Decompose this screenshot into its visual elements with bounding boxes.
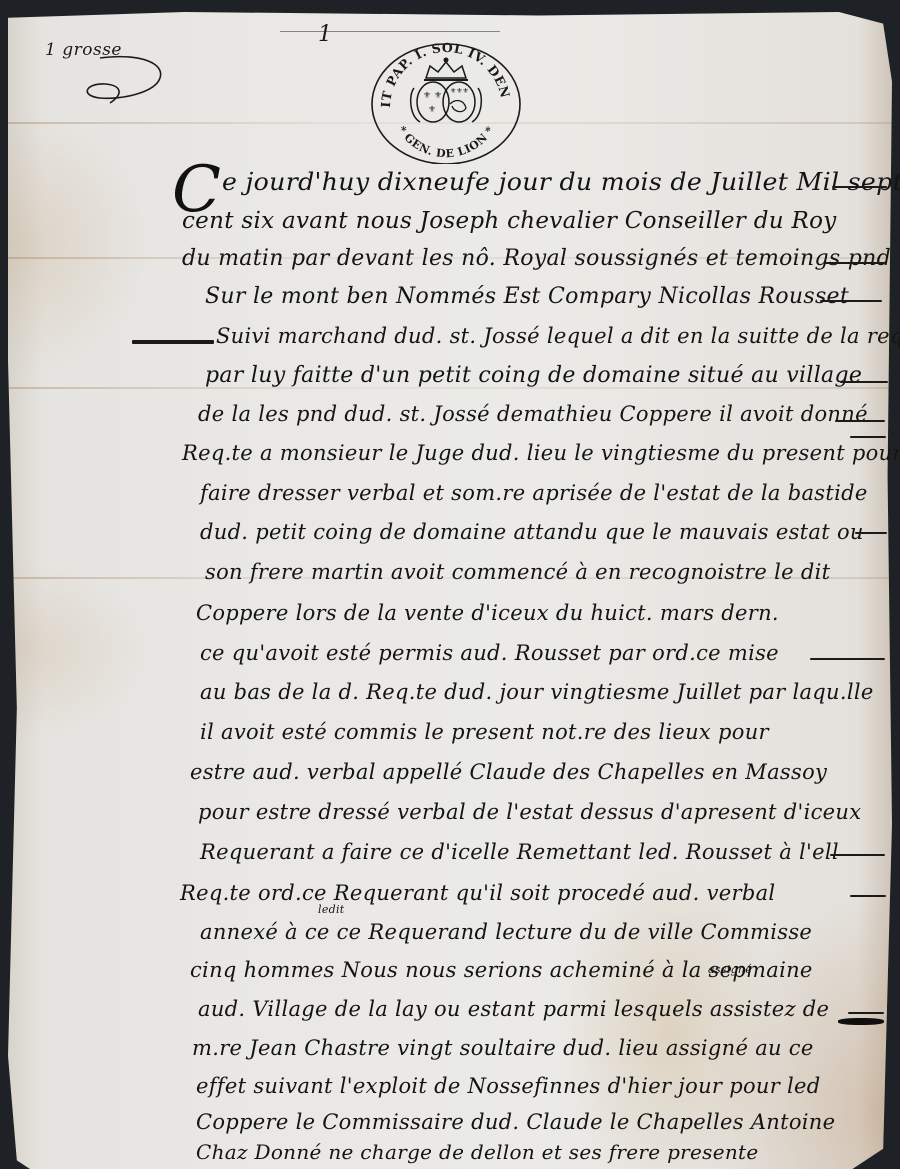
manuscript-line: Req.te ord.ce Requerant qu'il soit proce… [180, 881, 775, 905]
margin-dash [132, 340, 214, 344]
manuscript-line: Coppere le Commissaire dud. Claude le Ch… [196, 1110, 835, 1134]
line-filler-dash [830, 854, 885, 856]
manuscript-line: Req.te a monsieur le Juge dud. lieu le v… [182, 441, 900, 465]
line-filler-dash [810, 658, 885, 660]
line-filler-dash [848, 1012, 884, 1014]
line-filler-dash [825, 262, 885, 264]
line-filler-dash [855, 532, 887, 534]
line-filler-dash [835, 420, 885, 422]
manuscript-line: de la les pnd dud. st. Jossé demathieu C… [198, 402, 868, 426]
manuscript-line: Sur le mont ben Nommés Est Compary Nicol… [205, 284, 849, 309]
line-filler-dash [850, 436, 886, 438]
manuscript-line: cent six avant nous Joseph chevalier Con… [182, 208, 837, 234]
manuscript-line: annexé à ce ce Requerand lecture du de v… [200, 920, 812, 944]
manuscript-line: effet suivant l'exploit de Nossefinnes d… [196, 1074, 821, 1098]
manuscript-line: au bas de la d. Req.te dud. jour vingtie… [200, 680, 874, 704]
manuscript-body: e jourd'huy dixneufe jour du mois de Jui… [0, 0, 900, 1169]
manuscript-line: e jourd'huy dixneufe jour du mois de Jui… [222, 168, 900, 196]
line-filler-dash [850, 895, 886, 897]
manuscript-line: pour estre dressé verbal de l'estat dess… [198, 800, 861, 824]
line-filler-dash [820, 300, 882, 302]
manuscript-line: du matin par devant les nô. Royal soussi… [182, 246, 891, 271]
interlinear-insertion: assigné [708, 963, 752, 976]
manuscript-line: Coppere lors de la vente d'iceux du huic… [196, 601, 779, 625]
interlinear-insertion: ledit [318, 903, 345, 916]
line-filler-dash [832, 186, 887, 188]
manuscript-line: aud. Village de la lay ou estant parmi l… [198, 997, 829, 1021]
ink-blot [838, 1018, 884, 1025]
manuscript-line: ce qu'avoit esté permis aud. Rousset par… [200, 641, 779, 665]
manuscript-line: il avoit esté commis le present not.re d… [200, 720, 769, 744]
manuscript-line: estre aud. verbal appellé Claude des Cha… [190, 760, 827, 784]
manuscript-line: Chaz Donné ne charge de dellon et ses fr… [196, 1140, 759, 1164]
document-scan: 1 1 grosse PETIT PAP. I. SOL IV. DEN LA … [0, 0, 900, 1169]
manuscript-line: dud. petit coing de domaine attandu que … [200, 520, 864, 544]
manuscript-line: faire dresser verbal et som.re aprisée d… [200, 481, 868, 505]
manuscript-line: son frere martin avoit commencé à en rec… [205, 560, 830, 584]
manuscript-line: Suivi marchand dud. st. Jossé lequel a d… [216, 324, 900, 348]
manuscript-line: Requerant a faire ce d'icelle Remettant … [200, 840, 839, 864]
line-filler-dash [840, 381, 888, 383]
manuscript-line: m.re Jean Chastre vingt soultaire dud. l… [192, 1036, 814, 1060]
manuscript-line: par luy faitte d'un petit coing de domai… [205, 363, 862, 388]
